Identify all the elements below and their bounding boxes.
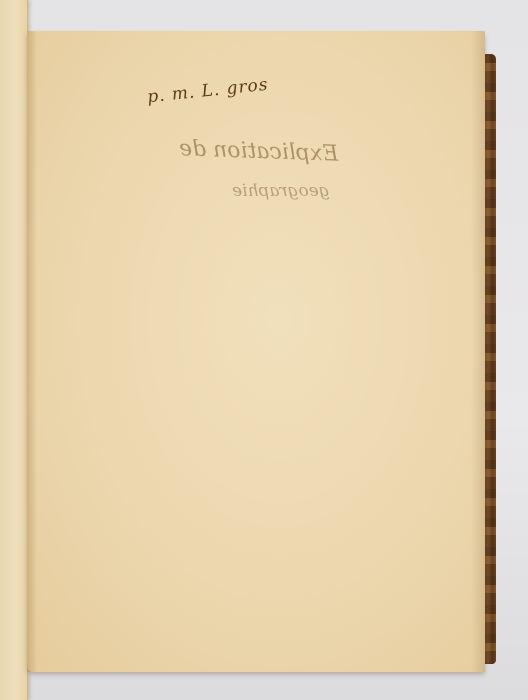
ink-offset-text-line-1: Explication de [179,136,339,167]
leather-cover-edge [484,54,496,664]
handwritten-shelfmark: p. m. L. gros [146,75,269,108]
ink-offset-text-line-2: geographie [232,181,330,201]
left-page-edge [0,0,28,700]
flyleaf-page: p. m. L. gros Explication de geographie [27,31,485,672]
